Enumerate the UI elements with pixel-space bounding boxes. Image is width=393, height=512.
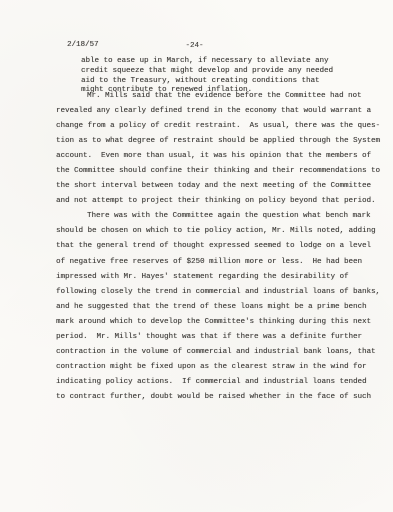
quote-line: able to ease up in March, if necessary t… — [81, 57, 333, 67]
text-line: indicating policy actions. If commercial… — [56, 375, 389, 390]
text-line: There was with the Committee again the q… — [56, 209, 389, 224]
text-line: the short interval between today and the… — [56, 179, 389, 194]
quote-line: aid to the Treasury, without creating co… — [81, 77, 333, 87]
text-line: should be chosen on which to tie policy … — [56, 224, 389, 239]
text-line: of negative free reserves of $250 millio… — [56, 255, 389, 270]
text-line: tion as to what degree of restraint shou… — [56, 134, 389, 149]
text-line: and he suggested that the trend of these… — [56, 300, 389, 315]
text-line: Mr. Mills said that the evidence before … — [56, 89, 389, 104]
text-line: period. Mr. Mills' thought was that if t… — [56, 330, 389, 345]
body-text: Mr. Mills said that the evidence before … — [56, 89, 389, 405]
text-line: following closely the trend in commercia… — [56, 285, 389, 300]
text-line: the Committee should confine their think… — [56, 164, 389, 179]
text-line: contraction in the volume of commercial … — [56, 345, 389, 360]
text-line: mark around which to develop the Committ… — [56, 315, 389, 330]
text-line: change from a policy of credit restraint… — [56, 119, 389, 134]
paragraph-mills-evidence: Mr. Mills said that the evidence before … — [56, 89, 389, 209]
text-line: account. Even more than usual, it was hi… — [56, 149, 389, 164]
text-line: and not attempt to project their thinkin… — [56, 194, 389, 209]
text-line: that the general trend of thought expres… — [56, 239, 389, 254]
page-number: -24- — [0, 42, 389, 50]
text-line: to contract further, doubt would be rais… — [56, 390, 389, 405]
text-line: impressed with Mr. Hayes' statement rega… — [56, 270, 389, 285]
document-page: 2/18/57 -24- able to ease up in March, i… — [0, 0, 393, 512]
quote-line: credit squeeze that might develop and pr… — [81, 67, 333, 77]
text-line: contraction might be fixed upon as the c… — [56, 360, 389, 375]
text-line: revealed any clearly defined trend in th… — [56, 104, 389, 119]
paragraph-bench-mark: There was with the Committee again the q… — [56, 209, 389, 405]
